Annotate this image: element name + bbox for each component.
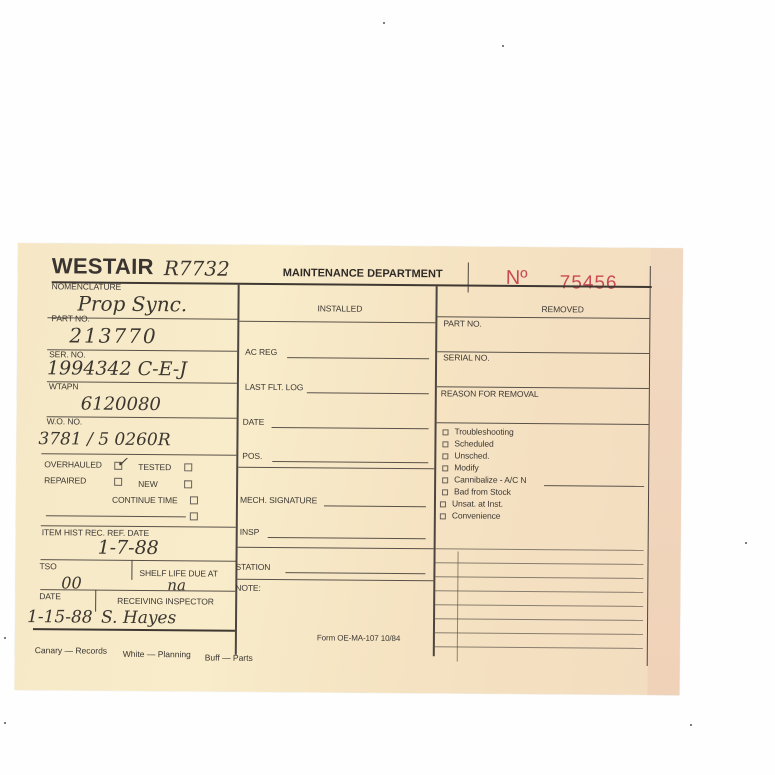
- removed-part-no-label: PART NO.: [443, 318, 481, 328]
- note-label: NOTE:: [235, 583, 261, 593]
- col-divider-2: [433, 286, 437, 656]
- tso-divider: [131, 560, 132, 580]
- repaired-label: REPAIRED: [44, 475, 86, 485]
- new-checkbox[interactable]: [184, 480, 192, 488]
- date-label: DATE: [39, 591, 61, 601]
- scan-speck: [745, 542, 747, 544]
- rule: [238, 547, 434, 550]
- new-label: NEW: [138, 479, 158, 489]
- form-code: Form OE-MA-107 10/84: [317, 633, 400, 643]
- part-no-value: 213770: [69, 323, 158, 348]
- wtapn-label: WTAPN: [49, 381, 79, 391]
- tear-stub: [647, 248, 683, 695]
- insp-label: INSP: [240, 527, 260, 537]
- col-divider-1: [235, 285, 239, 655]
- pos-label: POS.: [242, 451, 262, 461]
- continue-time-checkbox[interactable]: [190, 496, 198, 504]
- ac-reg-field[interactable]: [287, 357, 429, 359]
- item-hist-value: 1-7-88: [98, 537, 159, 559]
- mech-signature-label: MECH. SIGNATURE: [240, 495, 317, 506]
- ruled-line: [436, 548, 644, 551]
- scan-speck: [502, 45, 504, 47]
- scan-speck: [690, 724, 692, 726]
- tested-label: TESTED: [138, 462, 171, 472]
- receiving-inspector-signature: S. Hayes: [101, 608, 176, 629]
- last-flt-log-label: LAST FLT. LOG: [245, 382, 303, 392]
- overhauled-checkmark: ✓: [116, 455, 128, 471]
- reason-checkbox-unsched[interactable]: [442, 453, 448, 459]
- nomenclature-value: Prop Sync.: [77, 291, 187, 316]
- reason-bad-from-stock: Bad from Stock: [454, 486, 511, 496]
- reason-modify: Modify: [454, 462, 479, 472]
- ruled-line: [435, 562, 643, 565]
- reason-unsat-at-inst: Unsat. at Inst.: [452, 498, 503, 508]
- shelf-life-value: na: [167, 576, 186, 594]
- station-field[interactable]: [285, 572, 425, 574]
- rule: [437, 422, 649, 425]
- wo-no-label: W.O. NO.: [47, 416, 83, 426]
- ac-reg-label: AC REG: [245, 347, 277, 357]
- ruled-line: [433, 590, 643, 593]
- part-no-label: PART NO.: [51, 313, 89, 323]
- reason-checkbox-troubleshooting[interactable]: [443, 429, 449, 435]
- scan-speck: [383, 22, 385, 24]
- reason-convenience: Convenience: [452, 510, 501, 520]
- other-checkbox[interactable]: [190, 512, 198, 520]
- rule: [33, 628, 235, 631]
- scan-speck: [4, 637, 6, 639]
- mech-signature-field[interactable]: [324, 505, 426, 507]
- rule: [41, 559, 236, 562]
- reason-checkbox-bad-from-stock[interactable]: [442, 489, 448, 495]
- rule: [41, 453, 236, 456]
- wtapn-value: 6120080: [81, 393, 161, 415]
- installed-date-label: DATE: [243, 417, 265, 427]
- overhauled-label: OVERHAULED: [44, 459, 102, 469]
- handwritten-code: R7732: [164, 256, 230, 281]
- reason-troubleshooting: Troubleshooting: [454, 426, 513, 436]
- reason-checkbox-convenience[interactable]: [440, 513, 446, 519]
- reason-checkbox-scheduled[interactable]: [442, 441, 448, 447]
- repaired-checkbox[interactable]: [114, 478, 122, 486]
- date-divider: [95, 590, 96, 612]
- installed-date-field[interactable]: [272, 427, 429, 429]
- ruled-line: [433, 632, 643, 635]
- maintenance-tag-card: WESTAIR R7732 MAINTENANCE DEPARTMENT Nº …: [14, 243, 682, 695]
- insp-field[interactable]: [268, 537, 426, 539]
- installed-heading: INSTALLED: [317, 303, 362, 313]
- ruled-margin: [457, 551, 459, 661]
- reason-for-removal-label: REASON FOR REMOVAL: [441, 388, 539, 399]
- wo-no-value: 3781 / 5 0260R: [38, 429, 170, 450]
- form-number: 75456: [560, 272, 618, 294]
- ruled-line: [433, 604, 643, 607]
- company-name: WESTAIR: [52, 253, 154, 280]
- ser-no-value: 1994342 C-E-J: [47, 357, 187, 380]
- ruled-line: [433, 646, 643, 649]
- distribution-white: White — Planning: [123, 649, 191, 660]
- distribution-canary: Canary — Records: [35, 645, 107, 656]
- tested-checkbox[interactable]: [184, 463, 192, 471]
- header-divider: [468, 263, 469, 293]
- reason-checkbox-unsat-at-inst[interactable]: [440, 501, 446, 507]
- nomenclature-label: NOMENCLATURE: [52, 281, 122, 292]
- reason-scheduled: Scheduled: [454, 438, 493, 448]
- pos-field[interactable]: [272, 461, 428, 463]
- ruled-line: [435, 576, 643, 579]
- reason-cannibalize: Cannibalize - A/C N: [454, 474, 526, 485]
- rule: [235, 579, 433, 582]
- tso-label: TSO: [39, 561, 56, 571]
- reason-checkbox-cannibalize[interactable]: [442, 477, 448, 483]
- date-value: 1-15-88: [27, 607, 93, 628]
- reason-unsched: Unsched.: [454, 450, 489, 460]
- continue-time-label: CONTINUE TIME: [112, 495, 178, 506]
- scan-speck: [4, 722, 6, 724]
- ruled-line: [433, 618, 643, 621]
- removed-heading: REMOVED: [541, 304, 583, 314]
- reason-checkbox-modify[interactable]: [442, 465, 448, 471]
- rule: [238, 467, 434, 470]
- cannibalize-ac-field[interactable]: [544, 485, 644, 487]
- rule: [239, 321, 435, 324]
- receiving-inspector-label: RECEIVING INSPECTOR: [117, 596, 214, 607]
- last-flt-log-field[interactable]: [307, 392, 429, 394]
- distribution-buff: Buff — Parts: [205, 652, 253, 662]
- removed-serial-no-label: SERIAL NO.: [443, 352, 489, 362]
- department-title: MAINTENANCE DEPARTMENT: [283, 267, 443, 280]
- rule: [46, 515, 186, 517]
- station-label: STATION: [235, 562, 270, 572]
